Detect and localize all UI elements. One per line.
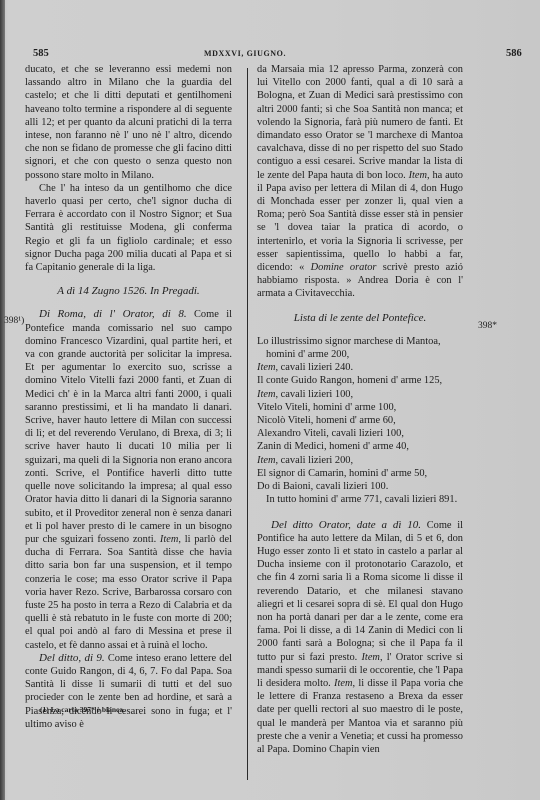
list-item: Alexandro Viteli, cavali lizieri 100, bbox=[257, 427, 463, 440]
item-marker: Item bbox=[361, 652, 379, 663]
list-item-text: Do di Baioni, cavali lizieri 100. bbox=[257, 481, 388, 492]
section-heading-pregadi: A dì 14 Zugno 1526. In Pregadi. bbox=[25, 285, 232, 298]
book-page: 585 MDXXVI, GIUGNO. 586 ducato, et che s… bbox=[0, 0, 540, 800]
spacer bbox=[257, 507, 463, 519]
list-item-text: Il conte Guido Rangon, homeni d' arme 12… bbox=[257, 375, 442, 386]
list-item: Item, cavali lizieri 200, bbox=[257, 454, 463, 467]
list-item: Il conte Guido Rangon, homeni d' arme 12… bbox=[257, 374, 463, 387]
item-marker: Item bbox=[334, 678, 352, 689]
paragraph-text: , ha auto il Papa aviso per lettera di M… bbox=[257, 170, 463, 273]
list-total: In tutto homini d' arme 771, cavali lizi… bbox=[257, 493, 463, 506]
list-item: El signor di Camarin, homini d' arme 50, bbox=[257, 467, 463, 480]
list-item-text: , cavali lizieri 240. bbox=[275, 362, 353, 373]
right-column: da Marsaia mia 12 apresso Parma, zonzerà… bbox=[257, 63, 463, 756]
section-heading-lista: Lista di le zente del Pontefice. bbox=[257, 312, 463, 325]
dispatch-lead: Del ditto, di 9. bbox=[39, 652, 105, 664]
list-item: Nicolò Viteli, homeni d' arme 60, bbox=[257, 414, 463, 427]
list-item-text: Lo illustrissimo signor marchese di Mant… bbox=[257, 336, 441, 360]
troop-list: Lo illustrissimo signor marchese di Mant… bbox=[257, 335, 463, 507]
list-item-text: Alexandro Viteli, cavali lizieri 100, bbox=[257, 428, 404, 439]
list-item-text: Vitelo Viteli, homini d' arme 100, bbox=[257, 402, 396, 413]
right-paragraph-2: Del ditto Orator, date a dì 10. Come il … bbox=[257, 519, 463, 757]
running-head-title: MDXXVI, GIUGNO. bbox=[204, 49, 286, 58]
list-item-text: , cavali lizieri 100, bbox=[275, 389, 353, 400]
list-item-text: , cavali lizieri 200, bbox=[275, 455, 353, 466]
paragraph-text: da Marsaia mia 12 apresso Parma, zonzerà… bbox=[257, 64, 463, 181]
paragraph-text: , li disse il Papa voria che le lettere … bbox=[257, 678, 463, 755]
list-item-text: El signor di Camarin, homini d' arme 50, bbox=[257, 468, 427, 479]
left-paragraph-1: ducato, et che se leveranno essi medemi … bbox=[25, 63, 232, 182]
margin-folio-note-right: 398* bbox=[478, 321, 497, 331]
list-item: Item, cavali lizieri 100, bbox=[257, 388, 463, 401]
footnote: (1) La carta 397* è bianca. bbox=[40, 705, 125, 714]
quoted-latin: Domine orator bbox=[311, 262, 377, 273]
dispatch-lead: Di Roma, di l' Orator, di 8. bbox=[39, 308, 187, 320]
list-item-text: Nicolò Viteli, homeni d' arme 60, bbox=[257, 415, 396, 426]
book-binding-edge bbox=[0, 0, 5, 800]
right-page-number: 586 bbox=[506, 48, 522, 59]
right-paragraph-1: da Marsaia mia 12 apresso Parma, zonzerà… bbox=[257, 63, 463, 301]
left-paragraph-2: Che l' ha inteso da un gentilhomo che di… bbox=[25, 182, 232, 274]
item-marker: Item bbox=[160, 534, 178, 545]
list-item: Vitelo Viteli, homini d' arme 100, bbox=[257, 401, 463, 414]
dispatch-lead: Del ditto Orator, date a dì 10. bbox=[271, 519, 421, 531]
paragraph-text: Come il Pontifice ha auto lettere da Mil… bbox=[257, 520, 463, 663]
list-item: Lo illustrissimo signor marchese di Mant… bbox=[257, 335, 463, 361]
item-marker: Item bbox=[257, 362, 275, 373]
item-marker: Item bbox=[257, 389, 275, 400]
paragraph-text: Come inteso erano lettere del conte Guid… bbox=[25, 653, 232, 730]
left-page-number: 585 bbox=[33, 48, 49, 59]
left-column: ducato, et che se leveranno essi medemi … bbox=[25, 63, 232, 731]
item-marker: Item bbox=[257, 455, 275, 466]
list-item: Zanin di Medici, homeni d' arme 40, bbox=[257, 440, 463, 453]
paragraph-text: Come il Pontefice manda comissario nel s… bbox=[25, 309, 232, 544]
item-marker: Item bbox=[409, 170, 427, 181]
left-paragraph-4: Del ditto, di 9. Come inteso erano lette… bbox=[25, 652, 232, 731]
left-paragraph-3: Di Roma, di l' Orator, di 8. Come il Pon… bbox=[25, 308, 232, 651]
list-item: Do di Baioni, cavali lizieri 100. bbox=[257, 480, 463, 493]
list-item-text: Zanin di Medici, homeni d' arme 40, bbox=[257, 441, 409, 452]
running-head: 585 MDXXVI, GIUGNO. 586 bbox=[33, 48, 533, 62]
paragraph-text: , li parlò del ducha di Ferrara. Soa San… bbox=[25, 534, 232, 651]
column-divider bbox=[247, 68, 248, 780]
margin-folio-note-left: 398¹) bbox=[4, 316, 24, 326]
list-item: Item, cavali lizieri 240. bbox=[257, 361, 463, 374]
